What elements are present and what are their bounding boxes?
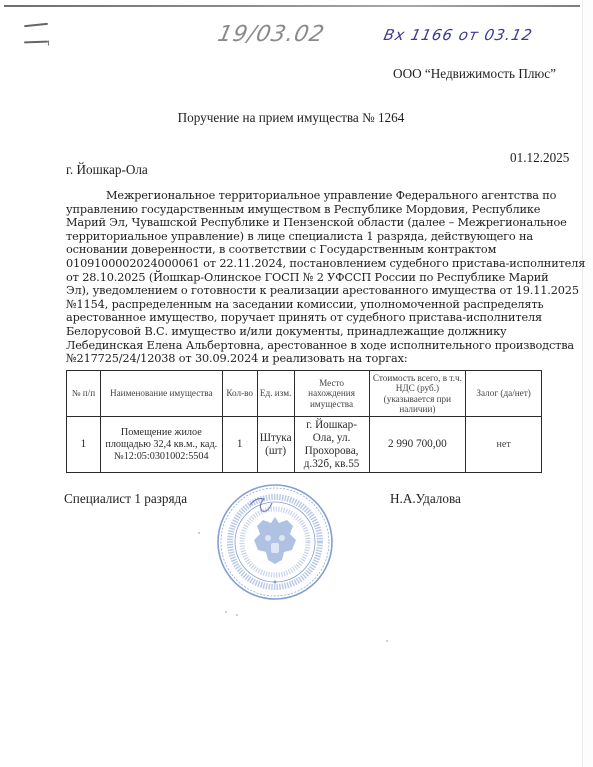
body-line: управлению государственным имуществом в … <box>66 203 546 217</box>
document-city: г. Йошкар-Ола <box>66 162 148 178</box>
handwritten-note-reference: 19/03.02 <box>215 22 327 47</box>
cell-location: г. Йошкар-Ола, ул. Прохорова, д.32б, кв.… <box>294 417 369 473</box>
signer-name: Н.А.Удалова <box>390 491 461 507</box>
body-line: №1154, распределенным на заседании комис… <box>66 298 546 312</box>
document-body: Межрегиональное территориальное управлен… <box>66 189 546 366</box>
cell-name: Помещение жилое площадью 32,4 кв.м., кад… <box>100 417 222 473</box>
header-number: № п/п <box>67 371 101 417</box>
scan-speck <box>225 611 227 613</box>
header-pledge: Залог (да/нет) <box>466 371 542 417</box>
body-line: основании доверенности, в соответствии с… <box>66 243 546 257</box>
body-line: от 28.10.2025 (Йошкар-Олинское ГОСП № 2 … <box>66 271 546 285</box>
cell-cost: 2 990 700,00 <box>369 417 466 473</box>
cell-pledge: нет <box>466 417 542 473</box>
recipient-organization: ООО “Недвижимость Плюс” <box>393 66 556 82</box>
signer-role: Специалист 1 разряда <box>64 491 187 507</box>
handwritten-margin-mark <box>24 23 48 27</box>
header-name: Наименование имущества <box>100 371 222 417</box>
body-line: №217725/24/12038 от 30.09.2024 и реализо… <box>66 352 546 366</box>
handwritten-incoming-number: Вх 1166 от 03.12 <box>382 26 534 44</box>
handwritten-margin-mark <box>24 41 48 44</box>
cell-number: 1 <box>67 417 101 473</box>
official-seal-icon <box>216 483 334 601</box>
scan-top-edge <box>4 5 580 7</box>
body-line: Белорусовой В.С. имущество и/или докумен… <box>66 325 546 339</box>
body-line: Лебединская Елена Альбертовна, арестован… <box>66 339 546 353</box>
header-cost: Стоимость всего, в т.ч. НДС (руб.) (указ… <box>369 371 466 417</box>
header-unit: Ед. изм. <box>257 371 294 417</box>
document-page: 19/03.02 Вх 1166 от 03.12 ООО “Недвижимо… <box>0 0 583 767</box>
table-row: 1 Помещение жилое площадью 32,4 кв.м., к… <box>67 417 542 473</box>
cell-quantity: 1 <box>222 417 257 473</box>
header-quantity: Кол-во <box>222 371 257 417</box>
document-date: 01.12.2025 <box>510 150 569 166</box>
header-location: Место нахождения имущества <box>294 371 369 417</box>
body-line: территориальное управление) в лице специ… <box>66 230 546 244</box>
scan-speck <box>236 614 238 616</box>
body-line: арестованное имущество, поручает принять… <box>66 311 546 325</box>
property-table: № п/п Наименование имущества Кол-во Ед. … <box>66 370 542 473</box>
cell-unit: Штука (шт) <box>257 417 294 473</box>
body-line: Межрегиональное территориальное управлен… <box>66 189 546 203</box>
body-line: Эл), уведомлением о готовности к реализа… <box>66 284 546 298</box>
body-line: 0109100002024000061 от 22.11.2024, поста… <box>66 257 546 271</box>
body-line: Марий Эл, Чувашской Республике и Пензенс… <box>66 216 546 230</box>
document-title: Поручение на прием имущества № 1264 <box>0 110 582 126</box>
table-header-row: № п/п Наименование имущества Кол-во Ед. … <box>67 371 542 417</box>
scan-speck <box>198 532 200 534</box>
scan-speck <box>386 640 388 642</box>
